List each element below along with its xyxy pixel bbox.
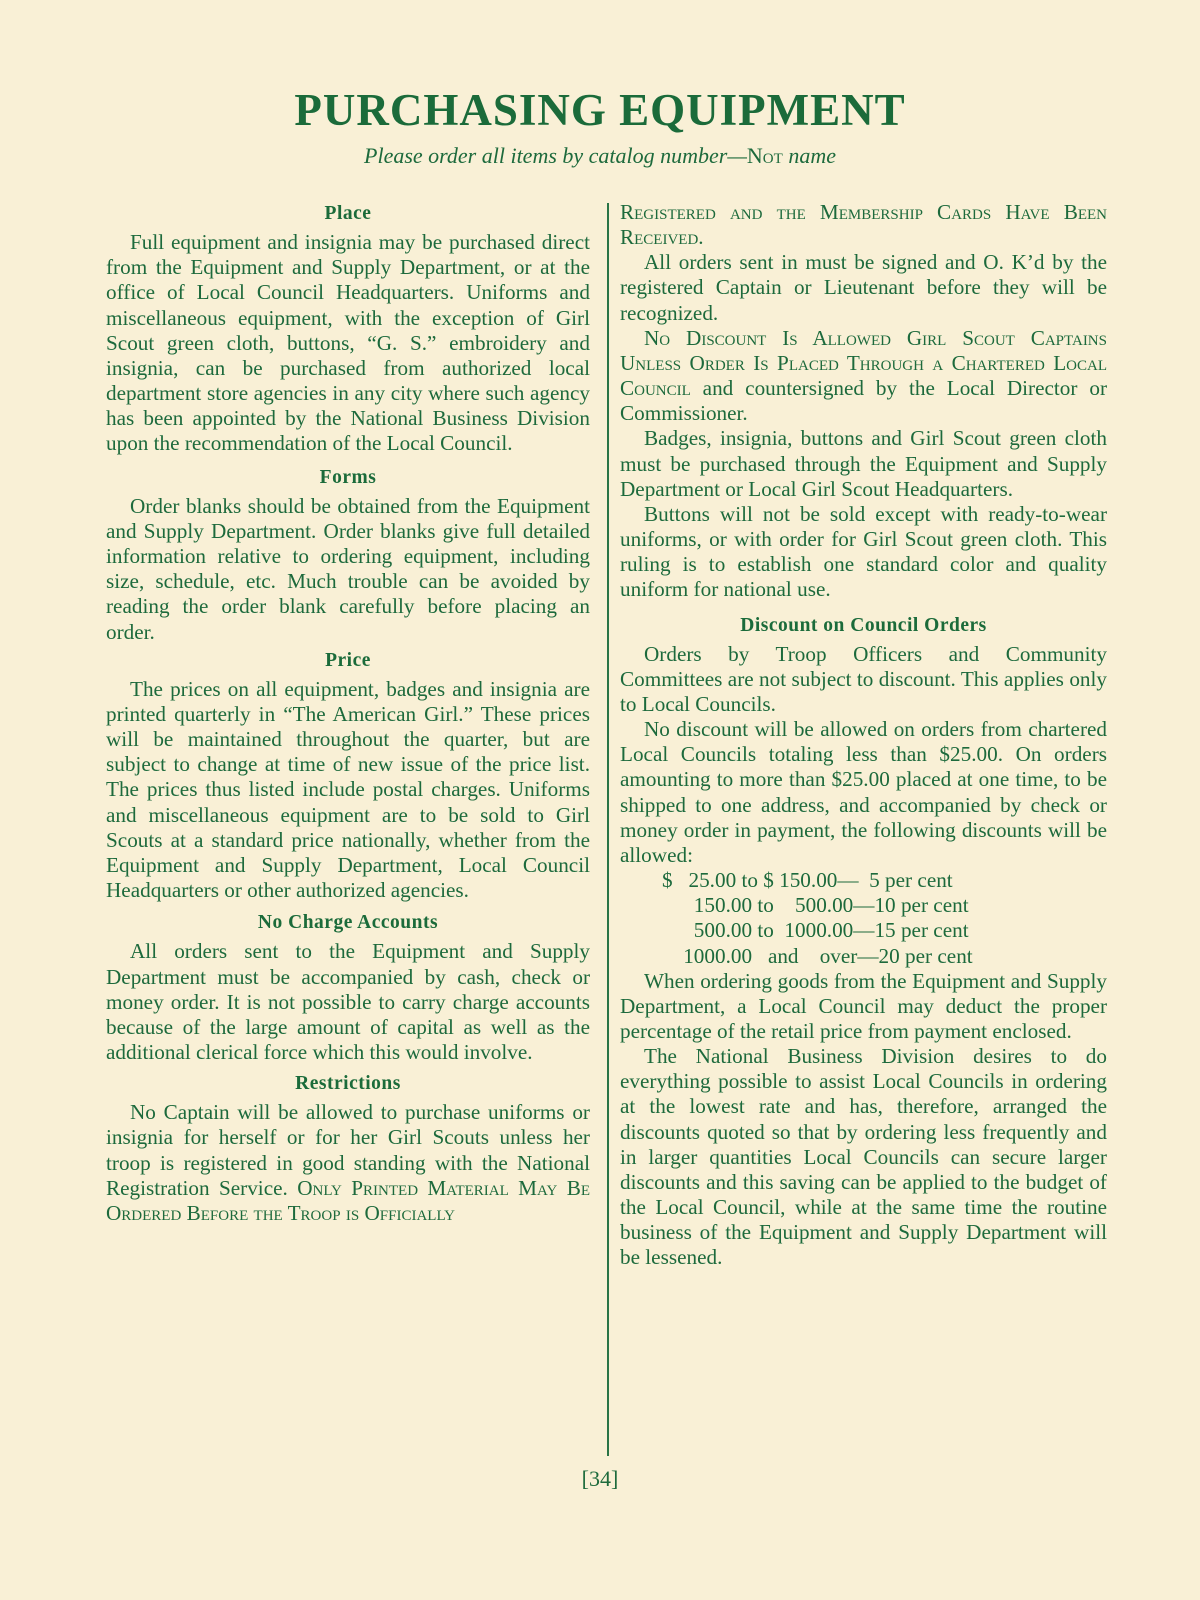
paragraph-discount-3: When ordering goods from the Equipment a… bbox=[620, 969, 1107, 1044]
discount-row: 500.00 to 1000.00—15 per cent bbox=[620, 918, 1107, 943]
subtitle-text: Please order all items by catalog number… bbox=[364, 143, 747, 168]
paragraph-forms: Order blanks should be obtained from the… bbox=[106, 494, 590, 645]
column-divider bbox=[607, 203, 609, 1456]
subtitle-emphasis: Not bbox=[747, 143, 783, 168]
discount-row: $ 25.00 to $ 150.00— 5 per cent bbox=[620, 868, 1107, 893]
subtitle-end: name bbox=[783, 143, 836, 168]
paragraph-price: The prices on all equipment, badges and … bbox=[106, 677, 590, 903]
no-discount-text: and counter­signed by the Local Director… bbox=[620, 376, 1107, 425]
paragraph-discount-1: Orders by Troop Officers and Community C… bbox=[620, 642, 1107, 717]
paragraph-place: Full equipment and insignia may be pur­c… bbox=[106, 230, 590, 456]
paragraph-no-charge-accounts: All orders sent to the Equipment and Sup… bbox=[106, 939, 590, 1065]
paragraph-continued: Registered and the Membership Cards Have… bbox=[620, 200, 1107, 250]
discount-row-text: 150.00 to 500.00—10 per cent bbox=[662, 893, 969, 918]
page-number: [34] bbox=[0, 1466, 1200, 1492]
paragraph-signed: All orders sent in must be signed and O.… bbox=[620, 250, 1107, 325]
heading-place: Place bbox=[106, 201, 590, 226]
paragraph-no-discount: No Discount Is Allowed Girl Scout Captai… bbox=[620, 326, 1107, 427]
discount-row: 150.00 to 500.00—10 per cent bbox=[620, 893, 1107, 918]
discount-row: 1000.00 and over—20 per cent bbox=[620, 944, 1107, 969]
paragraph-discount-4: The National Business Division desires t… bbox=[620, 1044, 1107, 1270]
discount-table: $ 25.00 to $ 150.00— 5 per cent 150.00 t… bbox=[620, 868, 1107, 969]
paragraph-restrictions: No Captain will be allowed to purchase u… bbox=[106, 1100, 590, 1226]
heading-discount: Discount on Council Orders bbox=[620, 613, 1107, 638]
heading-price: Price bbox=[106, 648, 590, 673]
discount-row-text: 1000.00 and over—20 per cent bbox=[662, 944, 973, 969]
discount-row-text: $ 25.00 to $ 150.00— 5 per cent bbox=[662, 868, 953, 893]
heading-forms: Forms bbox=[106, 465, 590, 490]
paragraph-discount-2: No discount will be allowed on orders fr… bbox=[620, 717, 1107, 868]
discount-row-text: 500.00 to 1000.00—15 per cent bbox=[662, 918, 969, 943]
heading-no-charge-accounts: No Charge Accounts bbox=[106, 910, 590, 935]
paragraph-badges: Badges, insignia, buttons and Girl Scout… bbox=[620, 426, 1107, 501]
paragraph-buttons: Buttons will not be sold except with rea… bbox=[620, 502, 1107, 603]
heading-restrictions: Restrictions bbox=[106, 1071, 590, 1096]
page-subtitle: Please order all items by catalog number… bbox=[0, 143, 1200, 169]
left-column: Place Full equipment and insignia may be… bbox=[106, 198, 590, 1226]
page-title: PURCHASING EQUIPMENT bbox=[0, 84, 1200, 136]
right-column: Registered and the Membership Cards Have… bbox=[620, 198, 1107, 1271]
